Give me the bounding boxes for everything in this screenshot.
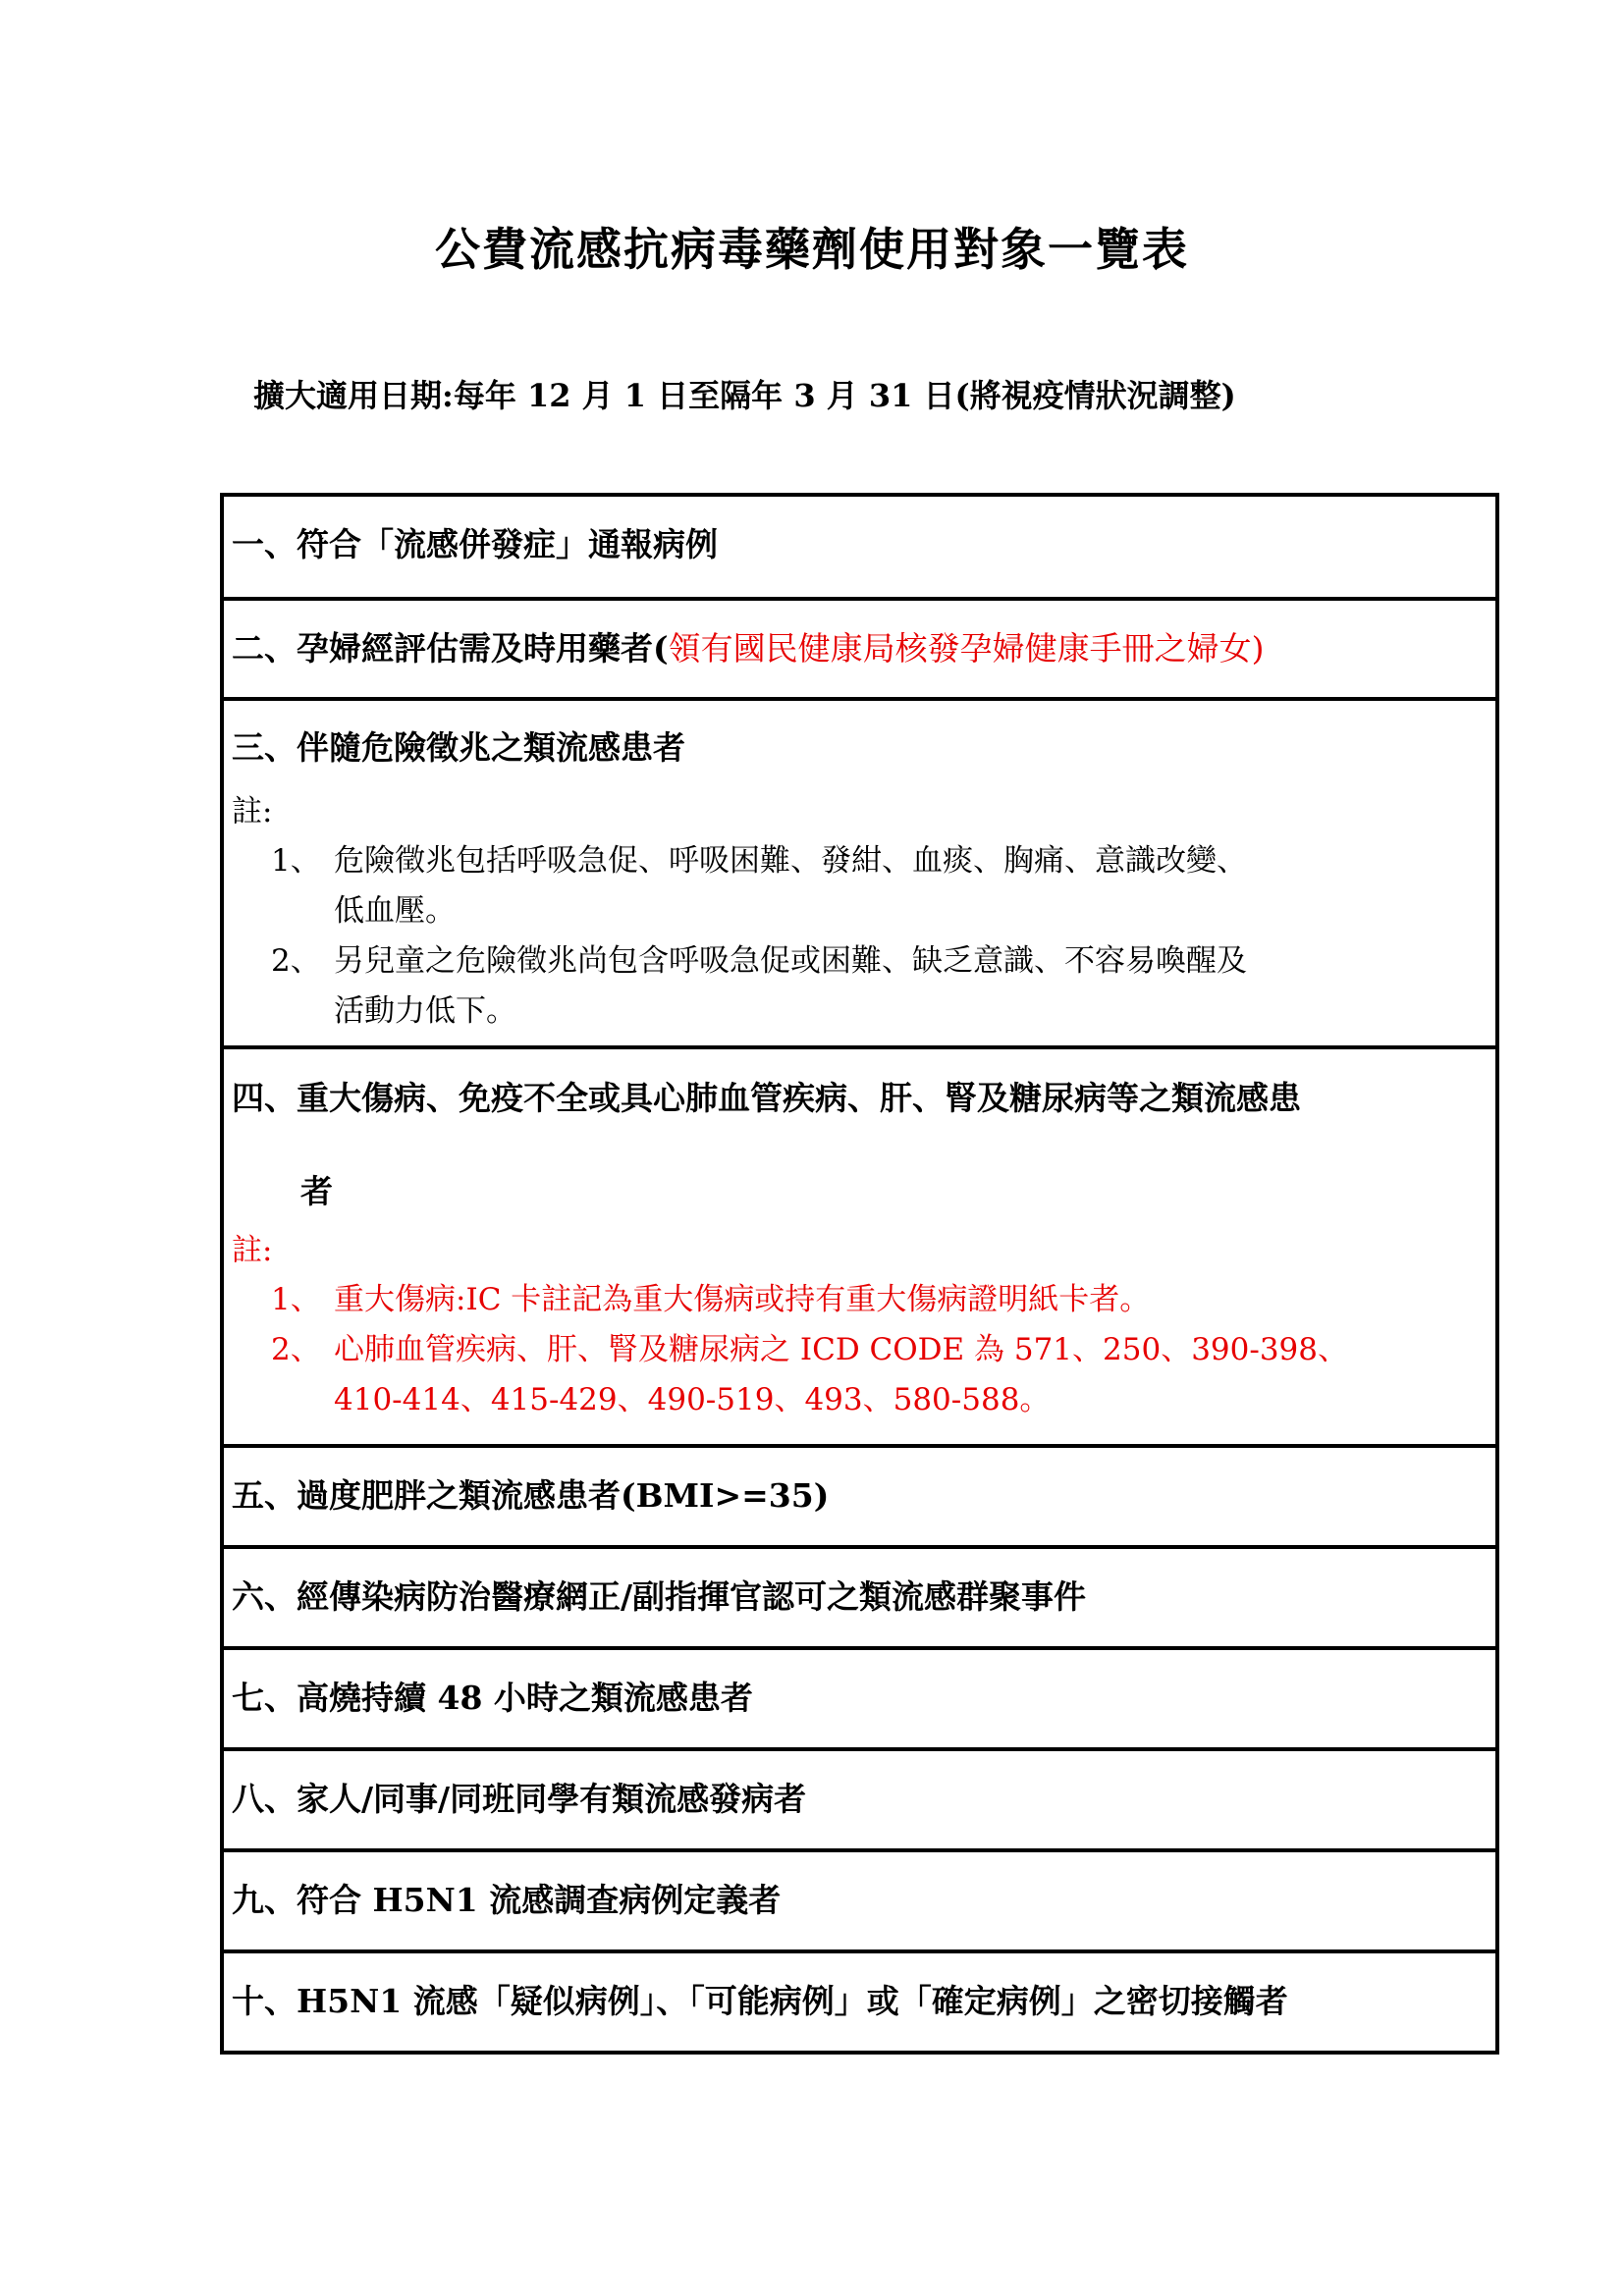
row-text-main: 二、孕婦經評估需及時用藥者( (232, 629, 669, 667)
table-row: 九、符合 H5N1 流感調查病例定義者 (224, 1848, 1495, 1949)
note-item: 2、另兒童之危險徵兆尚包含呼吸急促或困難、缺乏意識、不容易喚醒及 活動力低下。 (224, 936, 1495, 1037)
note-item: 1、危險徵兆包括呼吸急促、呼吸困難、發紺、血痰、胸痛、意識改變、 低血壓。 (224, 836, 1495, 936)
row-text: 二、孕婦經評估需及時用藥者(領有國民健康局核發孕婦健康手冊之婦女) (224, 601, 1495, 697)
document-title: 公費流感抗病毒藥劑使用對象一覽表 (0, 214, 1624, 279)
note-line: 另兒童之危險徵兆尚包含呼吸急促或困難、缺乏意識、不容易喚醒及 (334, 943, 1247, 979)
table-row: 三、伴隨危險徵兆之類流感患者 註: 1、危險徵兆包括呼吸急促、呼吸困難、發紺、血… (224, 697, 1495, 1045)
note-line-cont: 低血壓。 (271, 886, 1495, 936)
note-line-cont: 410-414、415-429、490-519、493、580-588。 (271, 1375, 1495, 1425)
note-number: 2、 (271, 936, 334, 987)
row-text: 三、伴隨危險徵兆之類流感患者 (224, 701, 1495, 795)
table-row: 七、高燒持續 48 小時之類流感患者 (224, 1646, 1495, 1747)
row-text: 七、高燒持續 48 小時之類流感患者 (224, 1650, 1495, 1746)
table-row: 五、過度肥胖之類流感患者(BMI>=35) (224, 1444, 1495, 1545)
row-text: 八、家人/同事/同班同學有類流感發病者 (224, 1751, 1495, 1847)
note-line: 重大傷病:IC 卡註記為重大傷病或持有重大傷病證明紙卡者。 (334, 1282, 1150, 1317)
row-text: 四、重大傷病、免疫不全或具心肺血管疾病、肝、腎及糖尿病等之類流感患 (224, 1049, 1495, 1148)
row-text: 十、H5N1 流感「疑似病例」、「可能病例」或「確定病例」之密切接觸者 (224, 1953, 1495, 2050)
table-row: 十、H5N1 流感「疑似病例」、「可能病例」或「確定病例」之密切接觸者 (224, 1949, 1495, 2051)
note-line: 心肺血管疾病、肝、腎及糖尿病之 ICD CODE 為 571、250、390-3… (334, 1332, 1348, 1367)
note-item: 1、重大傷病:IC 卡註記為重大傷病或持有重大傷病證明紙卡者。 (224, 1275, 1495, 1325)
row-text-cont: 者 (224, 1148, 1495, 1236)
note-item: 2、心肺血管疾病、肝、腎及糖尿病之 ICD CODE 為 571、250、390… (224, 1325, 1495, 1425)
row-text-red-note: 領有國民健康局核發孕婦健康手冊之婦女) (669, 629, 1265, 667)
row-text: 九、符合 H5N1 流感調查病例定義者 (224, 1852, 1495, 1949)
table-row: 一、符合「流感併發症」通報病例 (224, 497, 1495, 597)
note-line-cont: 活動力低下。 (271, 987, 1495, 1037)
eligibility-table: 一、符合「流感併發症」通報病例 二、孕婦經評估需及時用藥者(領有國民健康局核發孕… (220, 493, 1499, 2055)
table-row: 二、孕婦經評估需及時用藥者(領有國民健康局核發孕婦健康手冊之婦女) (224, 597, 1495, 697)
note-number: 1、 (271, 836, 334, 886)
note-number: 1、 (271, 1275, 334, 1325)
applicable-period: 擴大適用日期:每年 12 月 1 日至隔年 3 月 31 日(將視疫情狀況調整) (253, 371, 1236, 416)
note-line: 危險徵兆包括呼吸急促、呼吸困難、發紺、血痰、胸痛、意識改變、 (334, 843, 1247, 879)
row-text: 一、符合「流感併發症」通報病例 (224, 497, 1495, 593)
table-row: 六、經傳染病防治醫療網正/副指揮官認可之類流感群聚事件 (224, 1545, 1495, 1646)
table-row: 四、重大傷病、免疫不全或具心肺血管疾病、肝、腎及糖尿病等之類流感患 者 註: 1… (224, 1045, 1495, 1444)
row-text: 六、經傳染病防治醫療網正/副指揮官認可之類流感群聚事件 (224, 1549, 1495, 1645)
row-text: 五、過度肥胖之類流感患者(BMI>=35) (224, 1448, 1495, 1544)
note-label: 註: (224, 1226, 1495, 1275)
note-number: 2、 (271, 1325, 334, 1375)
table-row: 八、家人/同事/同班同學有類流感發病者 (224, 1747, 1495, 1848)
